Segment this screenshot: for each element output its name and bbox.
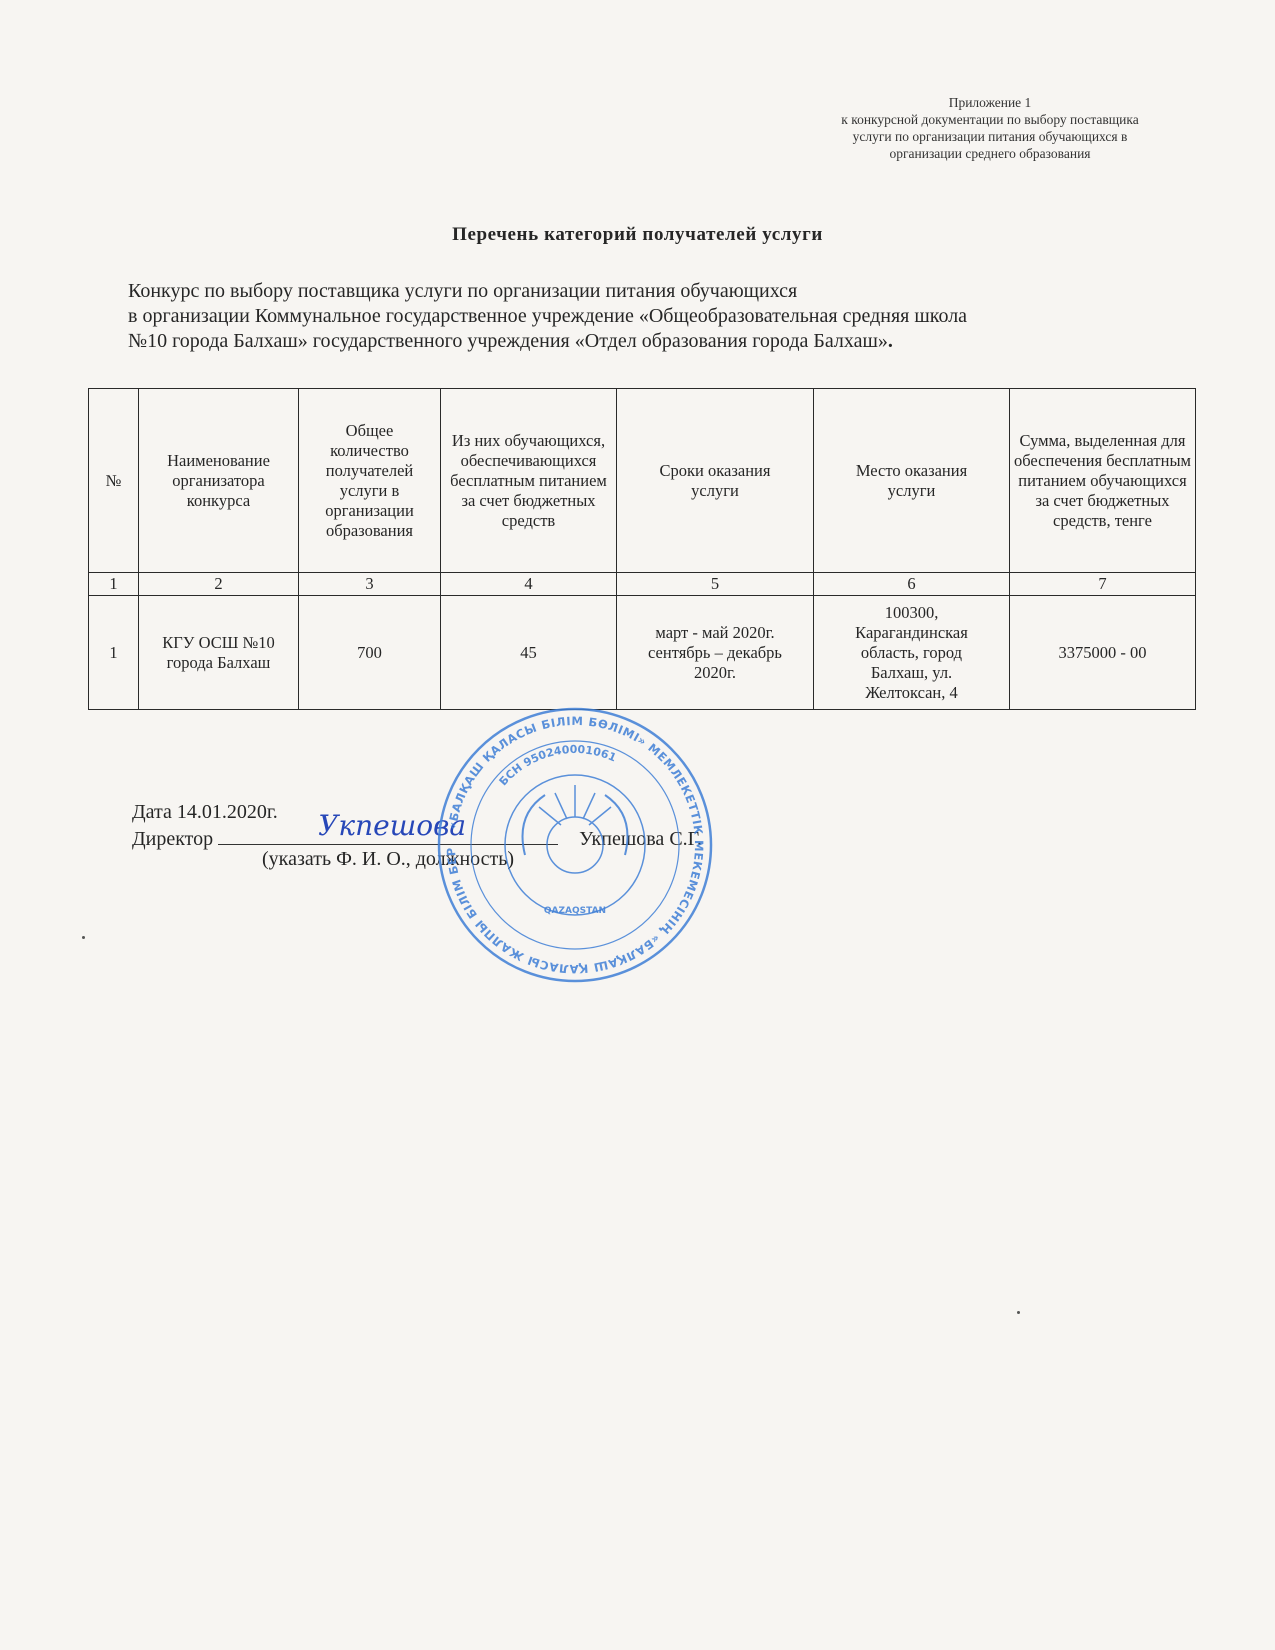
column-number: 4 xyxy=(441,573,617,596)
intro-paragraph: Конкурс по выбору поставщика услуги по о… xyxy=(128,279,1208,354)
header-cell: № xyxy=(89,389,139,573)
appendix-line: услуги по организации питания обучающихс… xyxy=(780,128,1200,145)
intro-line: №10 города Балхаш» государственного учре… xyxy=(128,329,1208,354)
header-cell: Сроки оказания услуги xyxy=(617,389,814,573)
scan-speck xyxy=(82,936,85,939)
column-number: 6 xyxy=(814,573,1010,596)
header-cell: Общее количество получателей услуги в ор… xyxy=(299,389,441,573)
header-cell: Сумма, выделенная для обеспечения беспла… xyxy=(1010,389,1196,573)
document-title: Перечень категорий получателей услуги xyxy=(0,224,1275,246)
header-cell: Место оказания услуги xyxy=(814,389,1010,573)
recipients-table: № Наименование организатора конкурса Общ… xyxy=(88,388,1196,710)
appendix-note: Приложение 1 к конкурсной документации п… xyxy=(780,94,1200,162)
column-number: 7 xyxy=(1010,573,1196,596)
intro-line: Конкурс по выбору поставщика услуги по о… xyxy=(128,279,1208,304)
appendix-line: к конкурсной документации по выбору пост… xyxy=(780,111,1200,128)
total-recipients-cell: 700 xyxy=(299,596,441,710)
table-header-row: № Наименование организатора конкурса Общ… xyxy=(89,389,1196,573)
appendix-line: Приложение 1 xyxy=(780,94,1200,111)
organizer-cell: КГУ ОСШ №10 города Балхаш xyxy=(139,596,299,710)
location-cell: 100300, Карагандинская область, город Ба… xyxy=(814,596,1010,710)
director-label: Директор xyxy=(132,828,213,850)
svg-text:QAZAQSTAN: QAZAQSTAN xyxy=(544,906,606,916)
column-number: 1 xyxy=(89,573,139,596)
table-row: 1 КГУ ОСШ №10 города Балхаш 700 45 март … xyxy=(89,596,1196,710)
column-number: 3 xyxy=(299,573,441,596)
column-number-row: 1 2 3 4 5 6 7 xyxy=(89,573,1196,596)
intro-line-text: №10 города Балхаш» государственного учре… xyxy=(128,330,888,352)
header-cell: Наименование организатора конкурса xyxy=(139,389,299,573)
header-cell: Из них обучающихся, обеспечивающихся бес… xyxy=(441,389,617,573)
svg-text:БСН 950240001061: БСН 950240001061 xyxy=(497,743,619,788)
free-meal-students-cell: 45 xyxy=(441,596,617,710)
intro-line-end: . xyxy=(888,330,893,352)
column-number: 2 xyxy=(139,573,299,596)
scan-speck xyxy=(1017,1311,1020,1314)
period-cell: март - май 2020г. сентябрь – декабрь 202… xyxy=(617,596,814,710)
official-stamp-icon: «БАЛҚАШ ҚАЛАСЫ БІЛІМ БӨЛІМІ» МЕМЛЕКЕТТІК… xyxy=(435,705,715,985)
intro-line: в организации Коммунальное государственн… xyxy=(128,304,1208,329)
appendix-line: организации среднего образования xyxy=(780,145,1200,162)
row-number: 1 xyxy=(89,596,139,710)
column-number: 5 xyxy=(617,573,814,596)
amount-cell: 3375000 - 00 xyxy=(1010,596,1196,710)
